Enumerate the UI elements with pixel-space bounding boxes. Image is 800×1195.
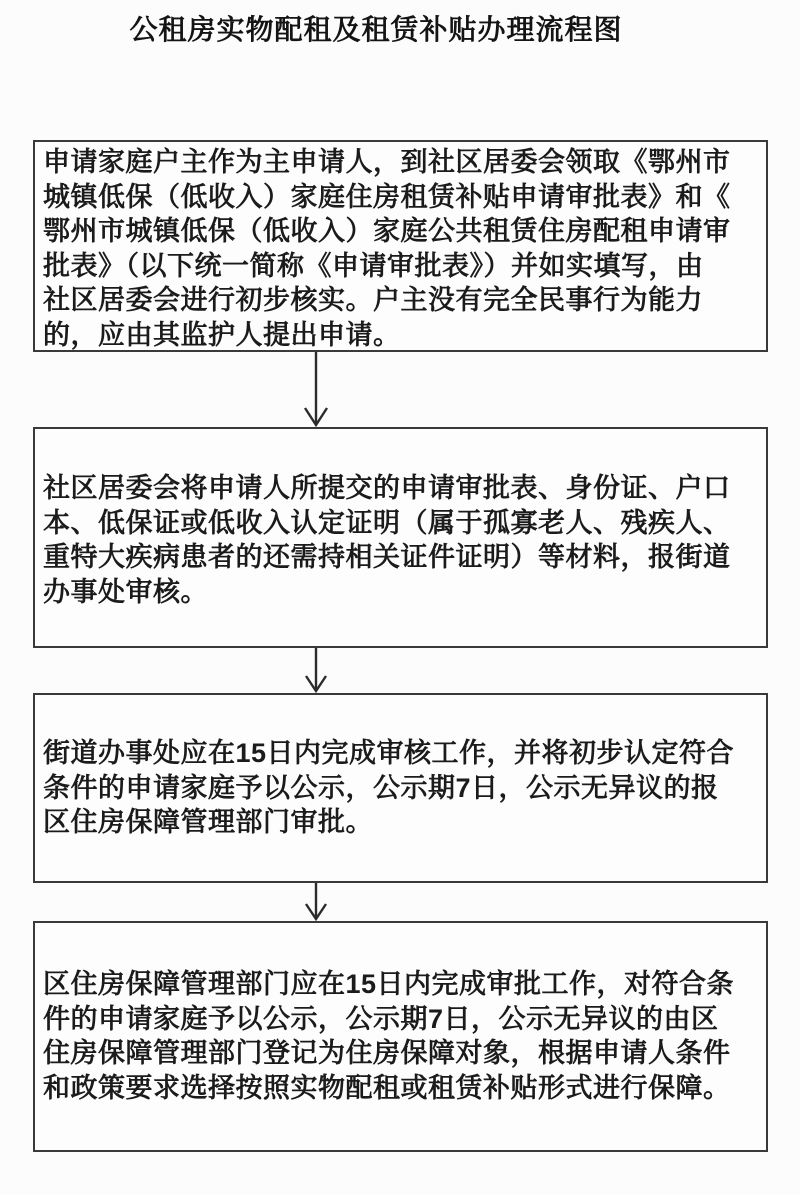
flow-step-1-application: 申请家庭户主作为主申请人，到社区居委会领取《鄂州市 城镇低保（低收入）家庭住房租… bbox=[33, 140, 768, 352]
flow-step-2-community-review: 社区居委会将申请人所提交的申请审批表、身份证、户口 本、低保证或低收入认定证明（… bbox=[33, 427, 768, 648]
arrow-down-icon bbox=[303, 883, 329, 921]
page-title: 公租房实物配租及租赁补贴办理流程图 bbox=[0, 8, 752, 48]
flow-step-3-street-office-audit: 街道办事处应在15日内完成审核工作，并将初步认定符合 条件的申请家庭予以公示，公… bbox=[33, 693, 768, 883]
arrow-down-icon bbox=[303, 352, 329, 427]
flow-step-4-district-approval: 区住房保障管理部门应在15日内完成审批工作，对符合条 件的申请家庭予以公示，公示… bbox=[33, 921, 768, 1152]
arrow-down-icon bbox=[303, 648, 329, 693]
flowchart-page: 公租房实物配租及租赁补贴办理流程图 申请家庭户主作为主申请人，到社区居委会领取《… bbox=[0, 0, 800, 1195]
